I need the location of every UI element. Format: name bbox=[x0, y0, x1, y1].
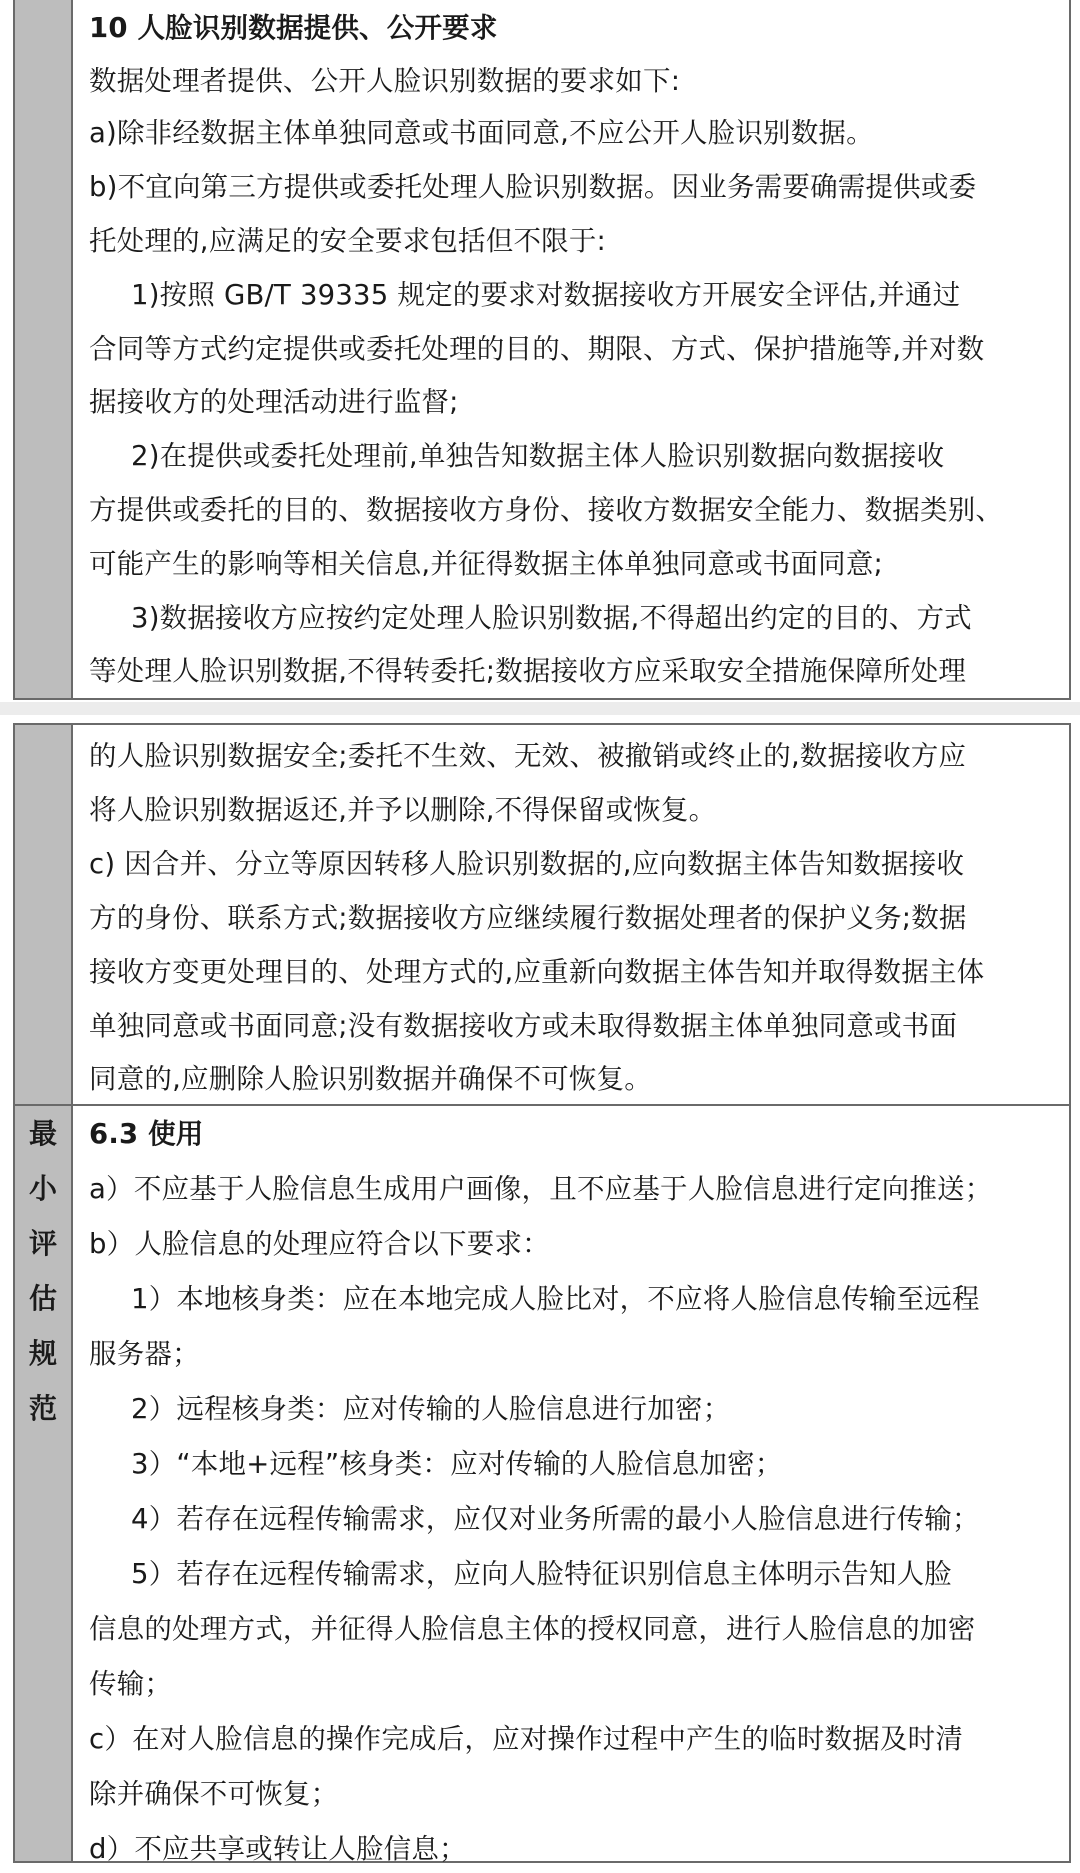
text-line: 方提供或委托的目的、数据接收方身份、接收方数据安全能力、数据类别、 bbox=[89, 492, 1063, 528]
row-label-char: 估 bbox=[15, 1281, 71, 1317]
text-line: 数据处理者提供、公开人脸识别数据的要求如下: bbox=[89, 63, 1063, 99]
text-line: c) 因合并、分立等原因转移人脸识别数据的,应向数据主体告知数据接收 bbox=[89, 846, 1063, 882]
text-line: 将人脸识别数据返还,并予以删除,不得保留或恢复。 bbox=[89, 792, 1063, 828]
requirements-table-part1: 10 人脸识别数据提供、公开要求 数据处理者提供、公开人脸识别数据的要求如下: … bbox=[13, 0, 1071, 700]
row-label-char: 小 bbox=[15, 1171, 71, 1207]
text-line: a）不应基于人脸信息生成用户画像，且不应基于人脸信息进行定向推送； bbox=[89, 1171, 1063, 1207]
text-line: 信息的处理方式，并征得人脸信息主体的授权同意，进行人脸信息的加密 bbox=[89, 1611, 1063, 1647]
content-cell: 10 人脸识别数据提供、公开要求 数据处理者提供、公开人脸识别数据的要求如下: … bbox=[73, 0, 1069, 698]
label-column bbox=[15, 725, 73, 1104]
page-break-band bbox=[0, 702, 1080, 715]
text-line: 据接收方的处理活动进行监督; bbox=[89, 384, 1063, 420]
text-line: 同意的,应删除人脸识别数据并确保不可恢复。 bbox=[89, 1061, 1063, 1097]
text-line: 4）若存在远程传输需求，应仅对业务所需的最小人脸信息进行传输； bbox=[131, 1501, 1063, 1537]
text-line: 3）“本地+远程”核身类：应对传输的人脸信息加密； bbox=[131, 1446, 1063, 1482]
text-line: 1）本地核身类：应在本地完成人脸比对，不应将人脸信息传输至远程 bbox=[131, 1281, 1063, 1317]
text-line: 单独同意或书面同意;没有数据接收方或未取得数据主体单独同意或书面 bbox=[89, 1008, 1063, 1044]
text-line: 传输； bbox=[89, 1666, 1063, 1702]
content-cell: 6.3 使用 a）不应基于人脸信息生成用户画像，且不应基于人脸信息进行定向推送；… bbox=[73, 1106, 1069, 1861]
text-line: a)除非经数据主体单独同意或书面同意,不应公开人脸识别数据。 bbox=[89, 115, 1063, 151]
label-column bbox=[15, 0, 73, 698]
row-label-char: 范 bbox=[15, 1391, 71, 1427]
text-line: b）人脸信息的处理应符合以下要求： bbox=[89, 1226, 1063, 1262]
text-line: 5）若存在远程传输需求，应向人脸特征识别信息主体明示告知人脸 bbox=[131, 1556, 1063, 1592]
continuation-row: 的人脸识别数据安全;委托不生效、无效、被撤销或终止的,数据接收方应 将人脸识别数… bbox=[15, 725, 1069, 1104]
text-line: d）不应共享或转让人脸信息； bbox=[89, 1831, 1063, 1867]
text-line: 等处理人脸识别数据,不得转委托;数据接收方应采取安全措施保障所处理 bbox=[89, 653, 1063, 689]
text-line: 接收方变更处理目的、处理方式的,应重新向数据主体告知并取得数据主体 bbox=[89, 954, 1063, 990]
label-column-minimum-assessment: 最 小 评 估 规 范 bbox=[15, 1106, 73, 1861]
text-line: 2)在提供或委托处理前,单独告知数据主体人脸识别数据向数据接收 bbox=[131, 438, 1063, 474]
section-heading: 10 人脸识别数据提供、公开要求 bbox=[89, 10, 1063, 46]
text-line: 方的身份、联系方式;数据接收方应继续履行数据处理者的保护义务;数据 bbox=[89, 900, 1063, 936]
text-line: 合同等方式约定提供或委托处理的目的、期限、方式、保护措施等,并对数 bbox=[89, 331, 1063, 367]
text-line: 服务器； bbox=[89, 1336, 1063, 1372]
text-line: 1)按照 GB/T 39335 规定的要求对数据接收方开展安全评估,并通过 bbox=[131, 277, 1063, 313]
text-line: 除并确保不可恢复； bbox=[89, 1776, 1063, 1812]
row-label-char: 规 bbox=[15, 1336, 71, 1372]
text-line: b)不宜向第三方提供或委托处理人脸识别数据。因业务需要确需提供或委 bbox=[89, 169, 1063, 205]
text-line: c）在对人脸信息的操作完成后，应对操作过程中产生的临时数据及时清 bbox=[89, 1721, 1063, 1757]
text-line: 的人脸识别数据安全;委托不生效、无效、被撤销或终止的,数据接收方应 bbox=[89, 738, 1063, 774]
row-label-char: 评 bbox=[15, 1226, 71, 1262]
row-label-char: 最 bbox=[15, 1116, 71, 1152]
text-line: 2）远程核身类：应对传输的人脸信息进行加密； bbox=[131, 1391, 1063, 1427]
text-line: 托处理的,应满足的安全要求包括但不限于: bbox=[89, 223, 1063, 259]
requirements-table-part2: 的人脸识别数据安全;委托不生效、无效、被撤销或终止的,数据接收方应 将人脸识别数… bbox=[13, 723, 1071, 1863]
text-line: 3)数据接收方应按约定处理人脸识别数据,不得超出约定的目的、方式 bbox=[131, 600, 1063, 636]
text-line: 可能产生的影响等相关信息,并征得数据主体单独同意或书面同意; bbox=[89, 546, 1063, 582]
section-heading: 6.3 使用 bbox=[89, 1116, 1063, 1152]
minimum-assessment-row: 最 小 评 估 规 范 6.3 使用 a）不应基于人脸信息生成用户画像，且不应基… bbox=[15, 1106, 1069, 1861]
content-cell: 的人脸识别数据安全;委托不生效、无效、被撤销或终止的,数据接收方应 将人脸识别数… bbox=[73, 725, 1069, 1104]
